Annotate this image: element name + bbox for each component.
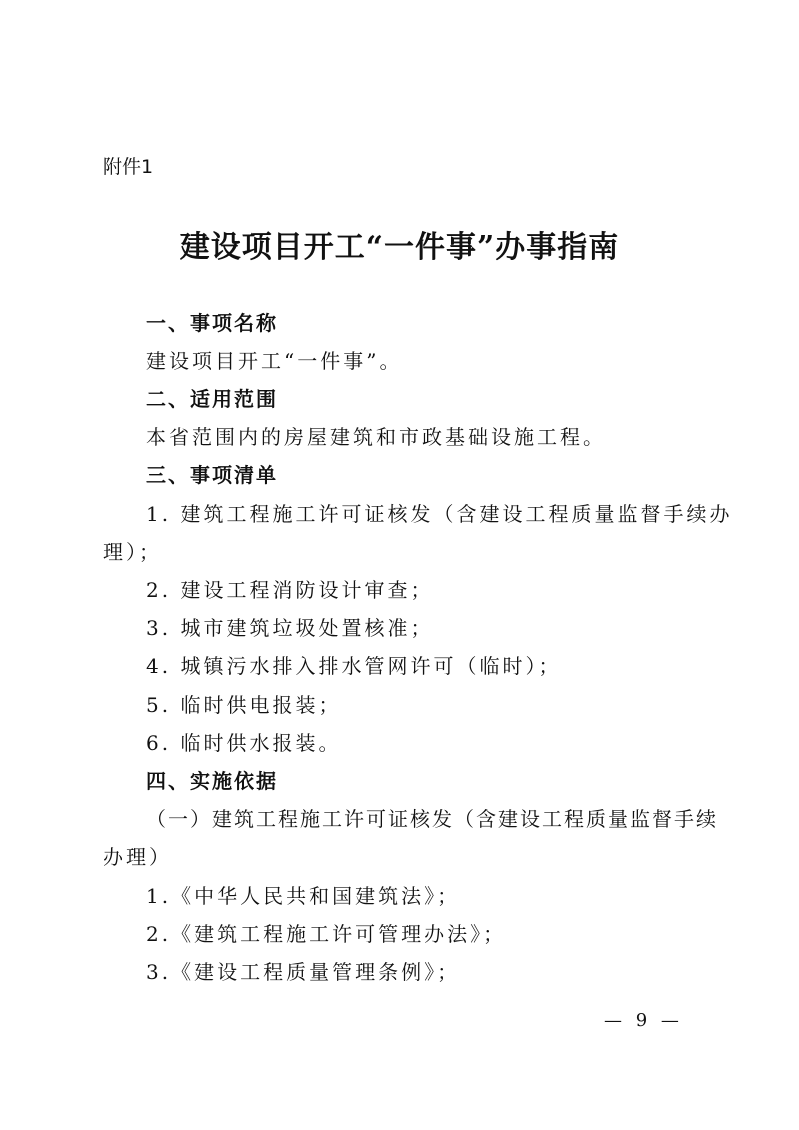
law-item: 1.《中华人民共和国建筑法》； xyxy=(146,880,460,909)
law-item: 2.《建筑工程施工许可管理办法》； xyxy=(146,918,506,947)
subsection-heading: （一）建筑工程施工许可证核发（含建设工程质量监督手续 xyxy=(146,803,718,832)
list-item: 4. 城镇污水排入排水管网许可（临时）； xyxy=(146,650,561,679)
subsection-heading-continuation: 办理） xyxy=(103,841,172,870)
list-item: 6. 临时供水报装。 xyxy=(146,727,341,756)
list-item: 5. 临时供电报装； xyxy=(146,689,341,718)
page-number: — 9 — xyxy=(604,1010,683,1031)
section-heading-2: 二、适用范围 xyxy=(146,383,278,412)
document-page: 附件1 建设项目开工“一件事”办事指南 一、事项名称 建设项目开工“一件事”。 … xyxy=(0,0,799,1130)
list-item: 1. 建筑工程施工许可证核发（含建设工程质量监督手续办 xyxy=(146,498,732,527)
document-title: 建设项目开工“一件事”办事指南 xyxy=(0,222,799,266)
section-text-2: 本省范围内的房屋建筑和市政基础设施工程。 xyxy=(146,421,606,450)
section-text-1: 建设项目开工“一件事”。 xyxy=(146,345,402,374)
law-item: 3.《建设工程质量管理条例》； xyxy=(146,956,460,985)
section-heading-1: 一、事项名称 xyxy=(146,307,278,336)
section-heading-3: 三、事项清单 xyxy=(146,459,278,488)
attachment-label: 附件1 xyxy=(103,152,153,179)
list-item: 3. 城市建筑垃圾处置核准； xyxy=(146,612,433,641)
section-heading-4: 四、实施依据 xyxy=(146,765,278,794)
list-item: 2. 建设工程消防设计审查； xyxy=(146,574,433,603)
list-item-continuation: 理）； xyxy=(103,536,162,565)
